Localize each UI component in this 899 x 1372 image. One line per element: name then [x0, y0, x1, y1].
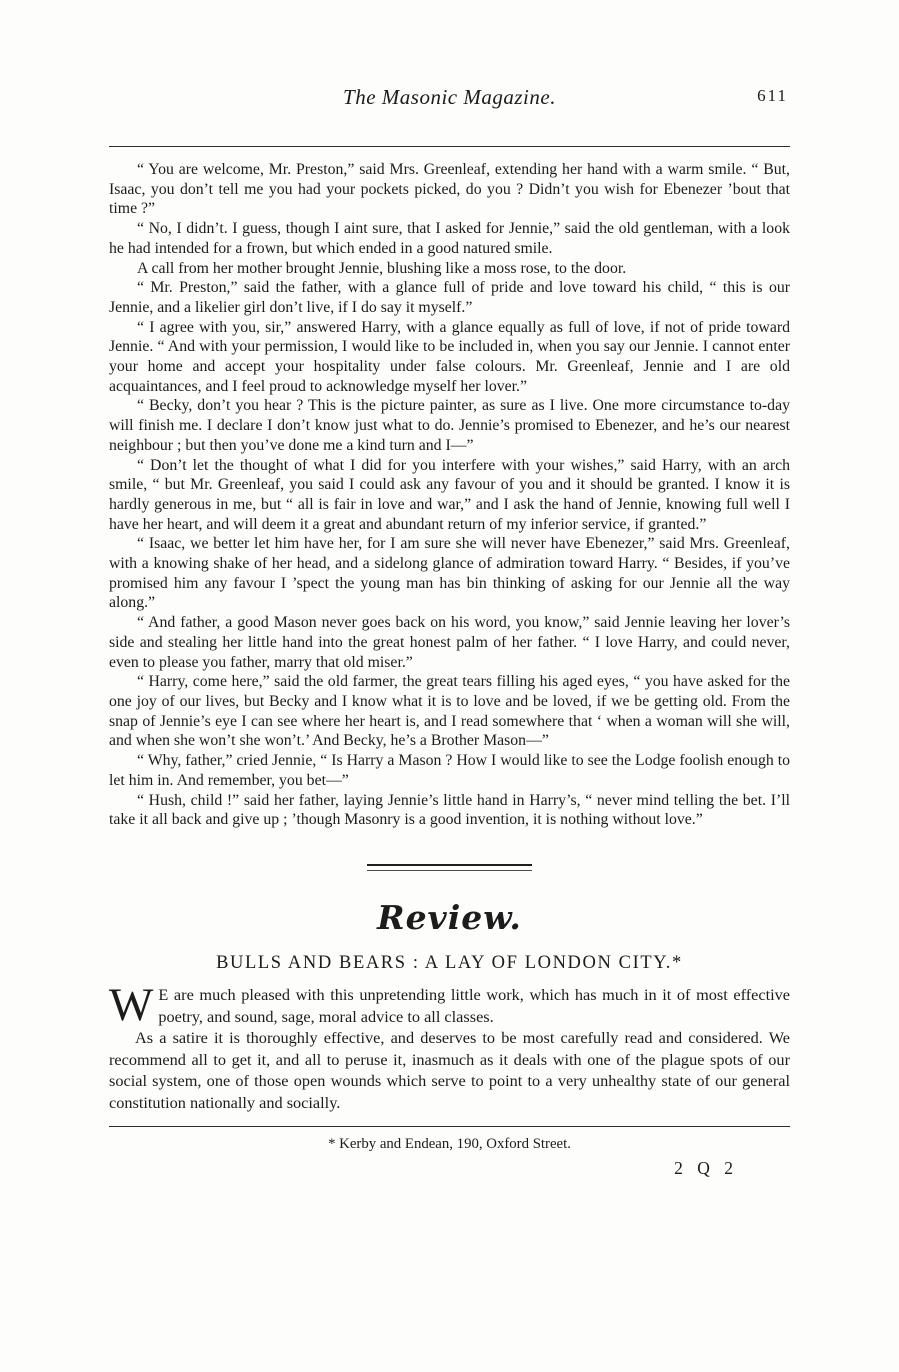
review-section-heading: Review.: [109, 897, 790, 939]
footnote: * Kerby and Endean, 190, Oxford Street.: [109, 1135, 790, 1154]
story-paragraph: “ No, I didn’t. I guess, though I aint s…: [109, 219, 790, 258]
story-paragraph: “ Hush, child !” said her father, laying…: [109, 791, 790, 830]
running-title: The Masonic Magazine.: [109, 84, 790, 110]
review-article-title: BULLS AND BEARS : A LAY OF LONDON CITY.*: [109, 951, 790, 975]
story-paragraph: “ You are welcome, Mr. Preston,” said Mr…: [109, 160, 790, 219]
review-lead-paragraph: WE are much pleased with this unpretendi…: [109, 984, 790, 1027]
story-paragraph: “ I agree with you, sir,” answered Harry…: [109, 318, 790, 397]
story-paragraph: “ Harry, come here,” said the old farmer…: [109, 672, 790, 751]
story-paragraph: A call from her mother brought Jennie, b…: [109, 259, 790, 279]
story-paragraph: “ And father, a good Mason never goes ba…: [109, 613, 790, 672]
page-number: 611: [757, 86, 788, 106]
drop-cap-initial: W: [109, 984, 158, 1024]
review-lead-text: E are much pleased with this unpretendin…: [158, 985, 790, 1026]
review-body: WE are much pleased with this unpretendi…: [109, 984, 790, 1114]
story-section: “ You are welcome, Mr. Preston,” said Mr…: [109, 160, 790, 830]
story-paragraph: “ Isaac, we better let him have her, for…: [109, 534, 790, 613]
magazine-page: The Masonic Magazine. 611 “ You are welc…: [0, 0, 899, 1372]
page-header: The Masonic Magazine. 611: [109, 0, 790, 110]
story-paragraph: “ Becky, don’t you hear ? This is the pi…: [109, 396, 790, 455]
printer-signature-mark: 2 Q 2: [109, 1158, 790, 1179]
header-rule: [109, 146, 790, 147]
footnote-rule: [109, 1126, 790, 1127]
section-divider-rule: [367, 864, 532, 871]
story-paragraph: “ Why, father,” cried Jennie, “ Is Harry…: [109, 751, 790, 790]
review-paragraph: As a satire it is thoroughly effective, …: [109, 1027, 790, 1113]
story-paragraph: “ Mr. Preston,” said the father, with a …: [109, 278, 790, 317]
review-section: Review. BULLS AND BEARS : A LAY OF LONDO…: [109, 897, 790, 1114]
story-paragraph: “ Don’t let the thought of what I did fo…: [109, 456, 790, 535]
